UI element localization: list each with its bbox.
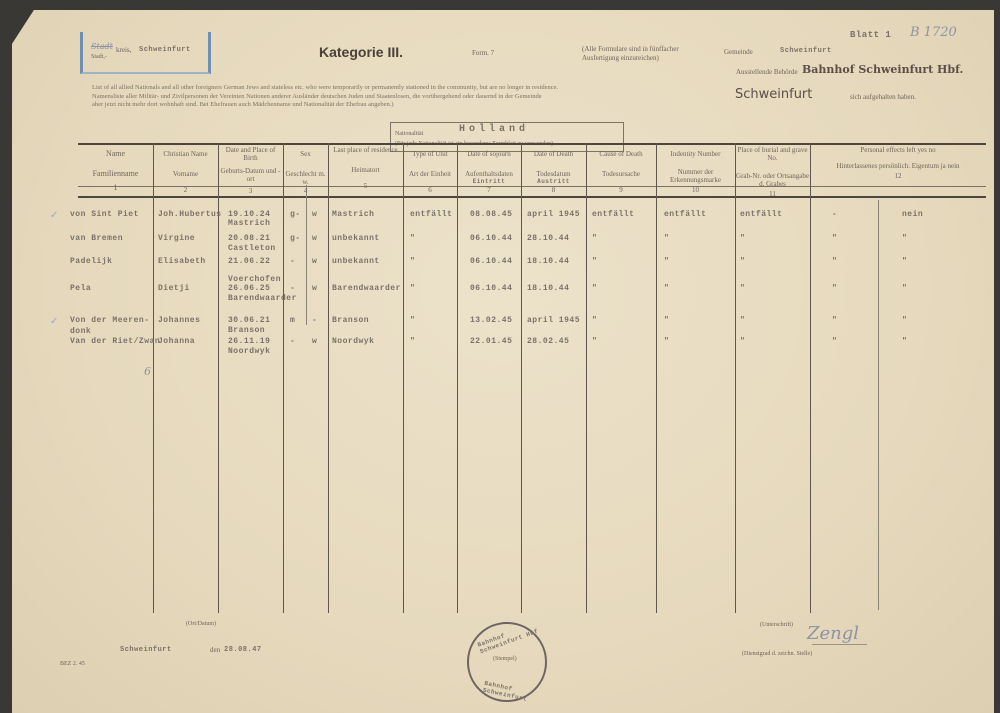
cell-birth: 26.11.19 [228, 337, 270, 346]
intro-line-en: List of all allied Nationals and all oth… [92, 84, 742, 93]
cell-heimat: Mastrich [332, 210, 374, 219]
form-number: Form. 7 [472, 49, 494, 58]
col-divider-6 [457, 143, 458, 613]
intro-line-de-2: aber jetzt nicht mehr dort wohnhaft sind… [92, 101, 742, 110]
official-stamp: (Stempel) Bahnhof Schweinfurt Hbf Bahnho… [467, 622, 547, 702]
behoerde-value: Bahnhof Schweinfurt Hbf. [802, 63, 963, 76]
cell-cause: " [592, 257, 597, 266]
col-header-6: Type of UnitArt der Einheit6 [403, 150, 457, 194]
cell-heimat: Noordwyk [332, 337, 374, 346]
official-label: (Dienstgrad d. zeichn. Stelle) [742, 651, 812, 657]
document-page: Stadt Stadt,- kreis, Schweinfurt Kategor… [12, 10, 994, 713]
cell-check: ✓ [50, 210, 58, 221]
cell-death: 28.10.44 [527, 234, 569, 243]
cell-effects-ja: - [832, 210, 837, 219]
cell-vorname: Virgine [158, 234, 195, 243]
cell-birth-place: Branson [228, 326, 265, 335]
cell-vorname: Johannes [158, 316, 200, 325]
form-code: BEZ 2. 45 [60, 661, 85, 667]
prefix-under: Stadt,- [91, 54, 107, 60]
col-header-8: Date of DeathTodesdatumAustritt8 [521, 150, 586, 194]
cell-vorname: Dietji [158, 284, 190, 293]
cell-birth-place: Castleton [228, 244, 276, 253]
cell-cause: " [592, 234, 597, 243]
col-divider-sex [306, 185, 307, 325]
kreis-value: Schweinfurt [139, 46, 191, 55]
table-top-rule [78, 143, 986, 145]
cell-ident: " [664, 316, 669, 325]
cell-effects-nein: nein [902, 210, 923, 219]
cell-birth: 21.06.22 [228, 257, 270, 266]
cell-sojourn: 06.10.44 [470, 284, 512, 293]
handwritten-reference: B 1720 [910, 25, 957, 40]
cell-grave: " [740, 257, 745, 266]
col-header-3: Date and Place of BirthGeburts-Datum und… [218, 146, 283, 195]
col-header-1: NameFamilienname1 [78, 150, 153, 192]
cell-effects-nein: " [902, 284, 907, 293]
cell-name: Padelijk [70, 257, 112, 266]
blatt-number: Blatt 1 [850, 30, 891, 40]
cell-heimat: Branson [332, 316, 369, 325]
signature-label: (Unterschrift) [760, 622, 793, 628]
footer-den: den [210, 646, 220, 655]
cell-unit: " [410, 257, 415, 266]
cell-ident: " [664, 284, 669, 293]
col-divider-1 [153, 143, 154, 613]
col-divider-11 [810, 143, 811, 613]
gemeinde-label: Gemeinde [724, 48, 753, 57]
district-stamp-box: Stadt Stadt,- kreis, Schweinfurt [80, 32, 211, 74]
cell-sojourn: 06.10.44 [470, 234, 512, 243]
cell-unit: " [410, 316, 415, 325]
signature: Zengl [807, 623, 859, 644]
cell-heimat: unbekannt [332, 257, 380, 266]
cell-unit: " [410, 234, 415, 243]
cell-grave: " [740, 284, 745, 293]
cell-cause: " [592, 316, 597, 325]
page-title: Kategorie III. [319, 44, 403, 60]
cell-sex-m: - [290, 284, 295, 293]
cell-sex-m: g- [290, 234, 301, 243]
cell-vorname: Elisabeth [158, 257, 206, 266]
footer-date: 28.08.47 [224, 646, 262, 655]
cell-sex-w: - [312, 316, 317, 325]
cell-effects-nein: " [902, 257, 907, 266]
cell-name: van Bremen [70, 234, 123, 243]
cell-vorname: Joh.Hubertus [158, 210, 222, 219]
cell-grave: " [740, 316, 745, 325]
col-divider-8 [586, 143, 587, 613]
cell-effects-ja: " [832, 257, 837, 266]
col-header-10: Indentity NumberNummer der Erkennungsmar… [656, 150, 735, 194]
cell-name: Van der Riet/Zwan [70, 337, 160, 346]
kreis-label: kreis, [116, 46, 131, 55]
cell-sojourn: 06.10.44 [470, 257, 512, 266]
cell-sex-w: w [312, 284, 317, 293]
cell-death: 18.10.44 [527, 257, 569, 266]
cell-sex-m: g- [290, 210, 301, 219]
stamp-label: (Stempel) [493, 656, 517, 662]
cell-birth-place: Voerchofen [228, 275, 281, 284]
cell-name: Von der Meeren- [70, 316, 150, 325]
cell-effects-ja: " [832, 337, 837, 346]
cell-unit: entfällt [410, 210, 452, 219]
cell-effects-ja: " [832, 234, 837, 243]
behoerde-label: Ausstellende Behörde [736, 68, 798, 77]
cell-sex-w: w [312, 234, 317, 243]
stamp-ring-top: Bahnhof Schweinfurt Hbf [477, 619, 546, 655]
col-header-9: Cause of DeathTodesursache9 [586, 150, 656, 194]
col-header-2: Christian NameVorname2 [153, 150, 218, 194]
cell-grave: " [740, 234, 745, 243]
place-label: (Ort/Datum) [186, 621, 216, 627]
col-header-5: Last place of residenceHeimatort5 [328, 146, 403, 190]
col-divider-9 [656, 143, 657, 613]
cell-sojourn: 22.01.45 [470, 337, 512, 346]
cell-effects-ja: " [832, 316, 837, 325]
cell-birth-place: Barendwaarder [228, 294, 297, 303]
cell-birth: 19.10.24 [228, 210, 270, 219]
intro-line-de: Namensliste aller Militär- und Zivilpers… [92, 93, 742, 102]
cell-death: april 1945 [527, 210, 580, 219]
cell-cause: entfällt [592, 210, 634, 219]
col-header-7: Date of sojournAufenthaltsdatenEintritt7 [457, 150, 521, 194]
cell-heimat: Barendwaarder [332, 284, 401, 293]
cell-sex-w: w [312, 210, 317, 219]
cell-sex-m: - [290, 337, 295, 346]
cell-cause: " [592, 337, 597, 346]
header-bottom-rule [78, 196, 986, 198]
cell-heimat: unbekannt [332, 234, 380, 243]
nationality-value: Holland [459, 124, 529, 135]
col-divider-4 [328, 143, 329, 613]
cell-name: von Sint Piet [70, 210, 139, 219]
cell-unit: " [410, 337, 415, 346]
cell-birth: 30.06.21 [228, 316, 270, 325]
cell-check: ✓ [50, 316, 58, 327]
cell-grave: entfällt [740, 210, 782, 219]
instructions: (Alle Formulare sind in fünffacher Ausfe… [582, 45, 712, 63]
signature-line [812, 644, 867, 645]
cell-birth: 20.08.21 [228, 234, 270, 243]
cell-name: Pela [70, 284, 91, 293]
cell-sex-m: - [290, 257, 295, 266]
cell-unit: " [410, 284, 415, 293]
col-header-12: Personal effects left yes noHinterlassen… [810, 146, 986, 180]
cell-name-cont: donk [70, 327, 91, 336]
cell-sex-m: m [290, 316, 295, 325]
cell-cause: " [592, 284, 597, 293]
cell-ident: " [664, 257, 669, 266]
col-divider-5 [403, 143, 404, 613]
cell-death: april 1945 [527, 316, 580, 325]
cell-ident: " [664, 337, 669, 346]
col-divider-7 [521, 143, 522, 613]
col-divider-12-split [878, 200, 879, 610]
col-divider-3 [283, 143, 284, 613]
location-suffix: sich aufgehalten haben. [850, 93, 916, 102]
footer-place: Schweinfurt [120, 646, 172, 655]
cell-sojourn: 13.02.45 [470, 316, 512, 325]
cell-effects-nein: " [902, 337, 907, 346]
col-header-4: SexGeschlecht m. w.4 [283, 150, 328, 195]
cell-sex-w: w [312, 257, 317, 266]
cell-effects-nein: " [902, 234, 907, 243]
gemeinde-value: Schweinfurt [780, 47, 832, 56]
nationality-box: Nationalität Holland (Für jede Nationali… [390, 122, 624, 152]
cell-birth-place: Mastrich [228, 219, 270, 228]
cell-effects-ja: " [832, 284, 837, 293]
col-divider-10 [735, 143, 736, 613]
intro-text: List of all allied Nationals and all oth… [92, 84, 742, 110]
cell-vorname: Johanna [158, 337, 195, 346]
cell-sojourn: 08.08.45 [470, 210, 512, 219]
cell-sex-w: w [312, 337, 317, 346]
location-stamp: Schweinfurt [735, 87, 812, 102]
cell-ident: " [664, 234, 669, 243]
struck-prefix: Stadt [91, 42, 113, 51]
col-header-11: Place of burial and grave No.Grab-Nr. od… [735, 146, 810, 198]
cell-death: 28.02.45 [527, 337, 569, 346]
margin-note: 6 [144, 365, 151, 378]
cell-death: 18.10.44 [527, 284, 569, 293]
cell-ident: entfällt [664, 210, 706, 219]
stamp-ring-bottom: Bahnhof Schweinfurt [482, 680, 546, 707]
nationality-label: Nationalität [395, 131, 423, 137]
cell-birth: 26.06.25 [228, 284, 270, 293]
cell-effects-nein: " [902, 316, 907, 325]
cell-birth-place: Noordwyk [228, 347, 270, 356]
cell-grave: " [740, 337, 745, 346]
